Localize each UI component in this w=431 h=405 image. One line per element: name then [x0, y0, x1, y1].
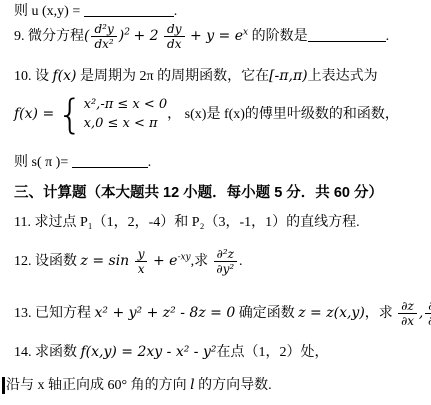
- question-9-line: 9. 微分方程(d²ydx²)2 + 2 dydx + y = ex 的阶数是.: [14, 22, 389, 52]
- u-line-period: .: [174, 4, 178, 19]
- q13-ask-text: ，求: [365, 306, 393, 321]
- piecewise-case-2: x,0 ≤ x < π: [84, 115, 168, 134]
- fraction-d2z-dy2: ∂²z∂y²: [214, 247, 237, 277]
- q9-answer-blank: [308, 28, 386, 42]
- fraction-denominator: dx: [165, 37, 183, 51]
- s-line-period: .: [148, 155, 152, 170]
- fraction-denominator: ∂x: [399, 314, 416, 328]
- q10-formula-lhs: f(x) =: [14, 106, 54, 122]
- q12-equation-lhs: z = sin: [81, 253, 130, 269]
- fraction-denominator: x: [136, 262, 147, 276]
- fraction-denominator: dx²: [92, 37, 115, 51]
- text-cursor: [2, 377, 5, 394]
- q12-period: .: [239, 254, 243, 269]
- q14-point-text: 在点（1，2）处，: [217, 345, 329, 360]
- fill-blank-s-line: 则 s( π )= .: [14, 154, 151, 172]
- exam-document-page: 则 u (x,y) = . 9. 微分方程(d²ydx²)2 + 2 dydx …: [0, 0, 431, 405]
- fraction-numerator: ∂z: [398, 299, 417, 314]
- exponent-x: x: [243, 27, 248, 37]
- q10-formula-comma: ，: [167, 107, 181, 122]
- question-14-line: 14. 求函数 f(x,y) = 2xy - x² - y²在点（1，2）处，: [14, 344, 329, 362]
- fraction-numerator: ∂²z: [214, 247, 237, 262]
- u-line-text: 则 u (x,y) =: [14, 4, 80, 19]
- q10-stem-mid: 是周期为 2π 的周期函数，它在: [80, 69, 269, 84]
- q14-stem-text: 14. 求函数: [14, 345, 77, 360]
- q13-mid-text: 确定函数: [239, 306, 295, 321]
- fraction-numerator: y: [135, 247, 148, 262]
- fill-blank-u-line: 则 u (x,y) = .: [14, 3, 177, 21]
- q9-question-text: 的阶数是: [252, 29, 308, 44]
- q13-zxy: z = z(x,y): [298, 305, 365, 321]
- q10-stem-end: 上表达式为: [308, 69, 378, 84]
- q10-sx-text: s(x)是 f(x)的傅里叶级数的和函数，: [185, 107, 399, 122]
- fraction-numerator: ∂z: [425, 299, 431, 314]
- s-line-text: 则 s( π )=: [14, 155, 68, 170]
- section-3-heading: 三、计算题（本大题共 12 小题．每小题 5 分．共 60 分）: [14, 184, 383, 202]
- q12-stem-text: 12. 设函数: [14, 254, 77, 269]
- fraction-dz-dx: ∂z∂x: [398, 299, 417, 329]
- q14-equation: f(x,y) = 2xy - x² - y²: [81, 344, 217, 360]
- question-10-line: 10. 设 f(x) 是周期为 2π 的周期函数，它在[-π,π)上表达式为: [14, 68, 378, 86]
- q11-text: 11. 求过点 P₁（1，2，-4）和 P₂（3，-1，1）的直线方程.: [14, 215, 360, 230]
- q10-interval: [-π,π): [269, 68, 308, 84]
- q12-plus-e: + e: [153, 253, 177, 269]
- u-answer-blank: [84, 3, 174, 17]
- fraction-dy-dx: dydx: [164, 22, 184, 52]
- question-10-formula-line: f(x) ={x²,-π ≤ x < 0x,0 ≤ x < π， s(x)是 f…: [14, 96, 399, 134]
- fraction-y-x: yx: [135, 247, 148, 277]
- q9-stem-text: 9. 微分方程: [14, 29, 84, 44]
- q10-fx: f(x): [53, 68, 77, 84]
- q13-comma: ,: [419, 305, 423, 321]
- piecewise-cases: x²,-π ≤ x < 0x,0 ≤ x < π: [84, 96, 168, 134]
- q13-equation: x² + y² + z² - 8z = 0: [95, 305, 236, 321]
- question-13-line: 13. 已知方程 x² + y² + z² - 8z = 0 确定函数 z = …: [14, 299, 431, 329]
- fraction-denominator: ∂y: [426, 314, 431, 328]
- q14-direction-text: 沿与 x 轴正向成 60° 角的方向: [6, 378, 187, 393]
- fraction-numerator: d²y: [91, 22, 116, 37]
- exponent-minus-xy: -xy: [177, 252, 190, 262]
- section-3-heading-text: 三、计算题（本大题共 12 小题．每小题 5 分．共 60 分）: [14, 185, 383, 201]
- question-11-line: 11. 求过点 P₁（1，2，-4）和 P₂（3，-1，1）的直线方程.: [14, 214, 360, 232]
- q9-equation-tail: + y = e: [190, 28, 243, 44]
- piecewise-case-1: x²,-π ≤ x < 0: [84, 96, 168, 115]
- q9-plus-2: + 2: [133, 28, 158, 44]
- q13-stem-text: 13. 已知方程: [14, 306, 91, 321]
- fraction-d2y-dx2: d²ydx²: [91, 22, 116, 52]
- question-14-continuation-line: 沿与 x 轴正向成 60° 角的方向 l 的方向导数.: [2, 377, 272, 395]
- left-brace: {: [57, 92, 82, 138]
- fraction-dz-dy: ∂z∂y: [425, 299, 431, 329]
- q14-direction-l: l: [190, 377, 194, 393]
- s-answer-blank: [72, 154, 148, 168]
- power-superscript: 2: [124, 27, 130, 37]
- question-12-line: 12. 设函数 z = sin yx + e-xy,求 ∂²z∂y².: [14, 247, 242, 277]
- fraction-denominator: ∂y²: [214, 262, 236, 276]
- q12-ask-text: ,求: [191, 254, 209, 269]
- q14-derivative-text: 的方向导数.: [198, 378, 272, 393]
- q10-stem-start: 10. 设: [14, 69, 49, 84]
- left-paren: (: [84, 28, 89, 44]
- fraction-numerator: dy: [164, 22, 184, 37]
- q9-period: .: [386, 29, 390, 44]
